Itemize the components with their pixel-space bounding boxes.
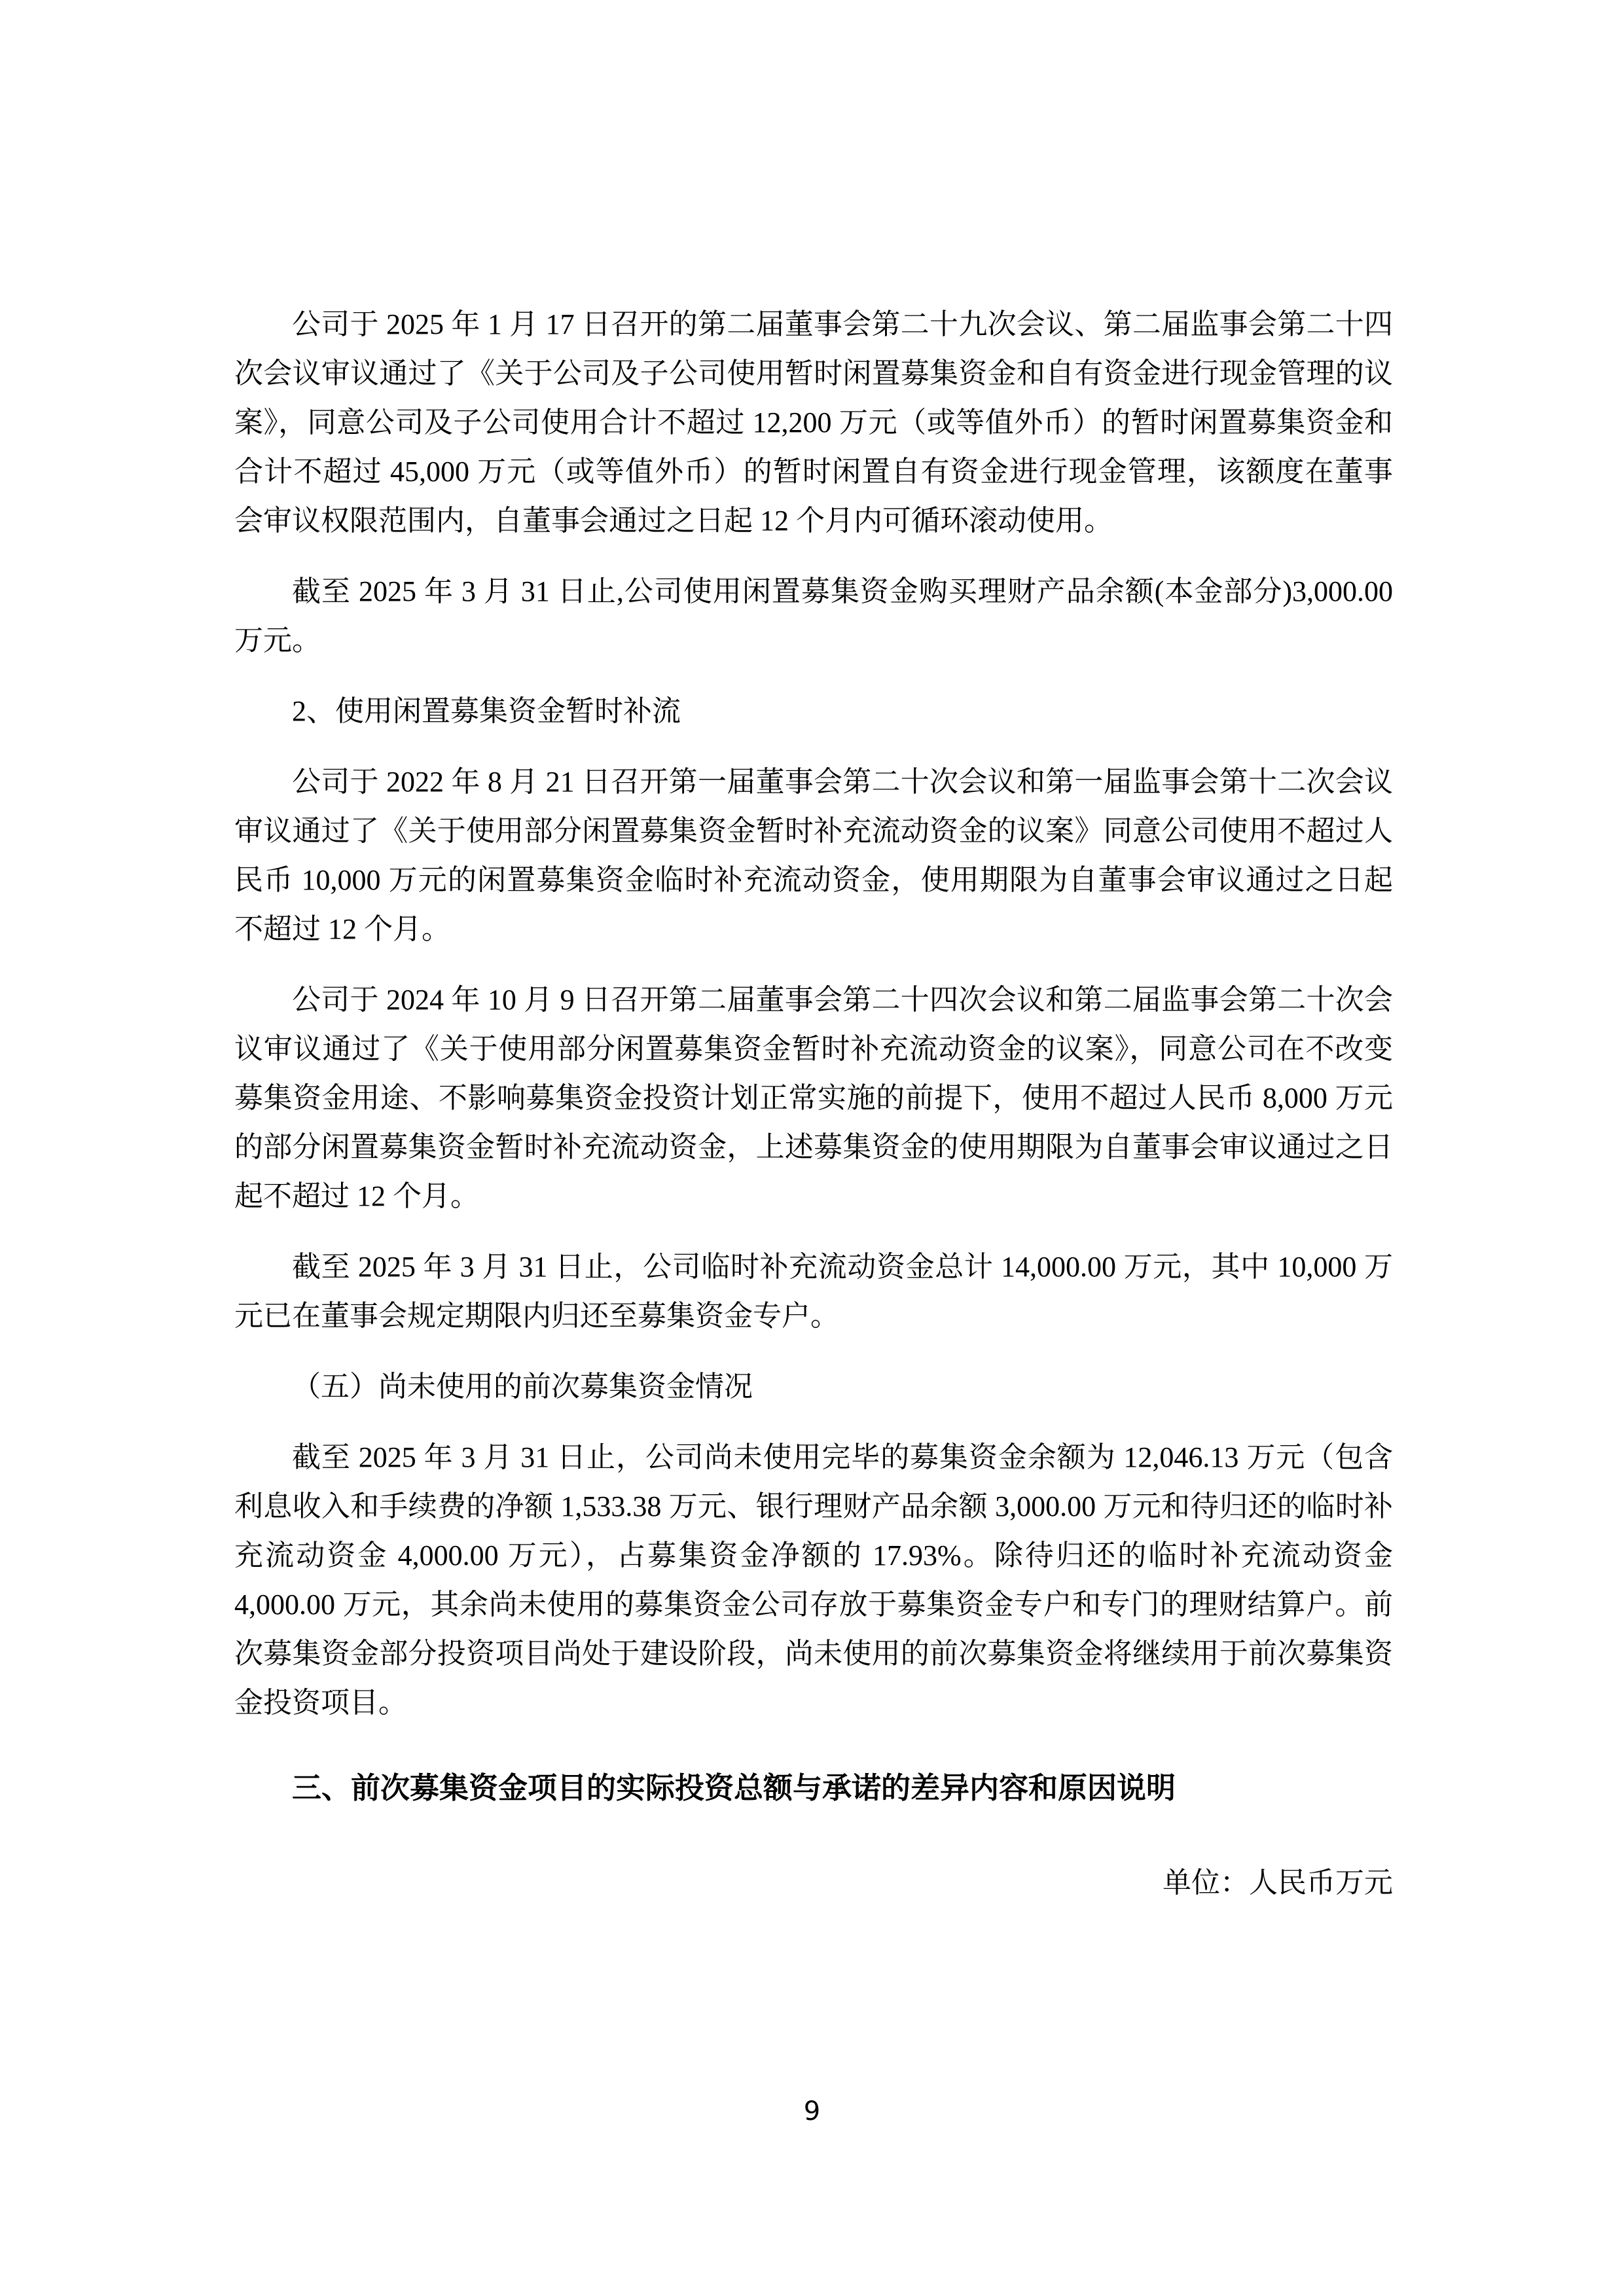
para-wealth-product-balance: 截至 2025 年 3 月 31 日止,公司使用闲置募集资金购买理财产品余额(本…	[234, 567, 1393, 665]
unit-note: 单位：人民币万元	[234, 1858, 1393, 1907]
page-content: 公司于 2025 年 1 月 17 日召开的第二届董事会第二十九次会议、第二届监…	[234, 300, 1393, 1907]
para-2024-board-resolution: 公司于 2024 年 10 月 9 日召开第二届董事会第二十四次会议和第二届监事…	[234, 975, 1393, 1221]
para-temp-working-capital-total: 截至 2025 年 3 月 31 日止，公司临时补充流动资金总计 14,000.…	[234, 1242, 1393, 1340]
para-2025-cash-management-resolution: 公司于 2025 年 1 月 17 日召开的第二届董事会第二十九次会议、第二届监…	[234, 300, 1393, 545]
heading-unused-proceeds: （五）尚未使用的前次募集资金情况	[234, 1362, 1393, 1411]
heading-idle-funds-replenish-working-capital: 2、使用闲置募集资金暂时补流	[234, 687, 1393, 736]
document-page: 公司于 2025 年 1 月 17 日召开的第二届董事会第二十九次会议、第二届监…	[0, 0, 1624, 2296]
page-number: 9	[0, 2098, 1624, 2125]
para-unused-proceeds-detail: 截至 2025 年 3 月 31 日止，公司尚未使用完毕的募集资金余额为 12,…	[234, 1433, 1393, 1727]
para-2022-board-resolution: 公司于 2022 年 8 月 21 日召开第一届董事会第二十次会议和第一届监事会…	[234, 757, 1393, 954]
section-heading-actual-vs-committed-investment: 三、前次募集资金项目的实际投资总额与承诺的差异内容和原因说明	[234, 1763, 1393, 1812]
